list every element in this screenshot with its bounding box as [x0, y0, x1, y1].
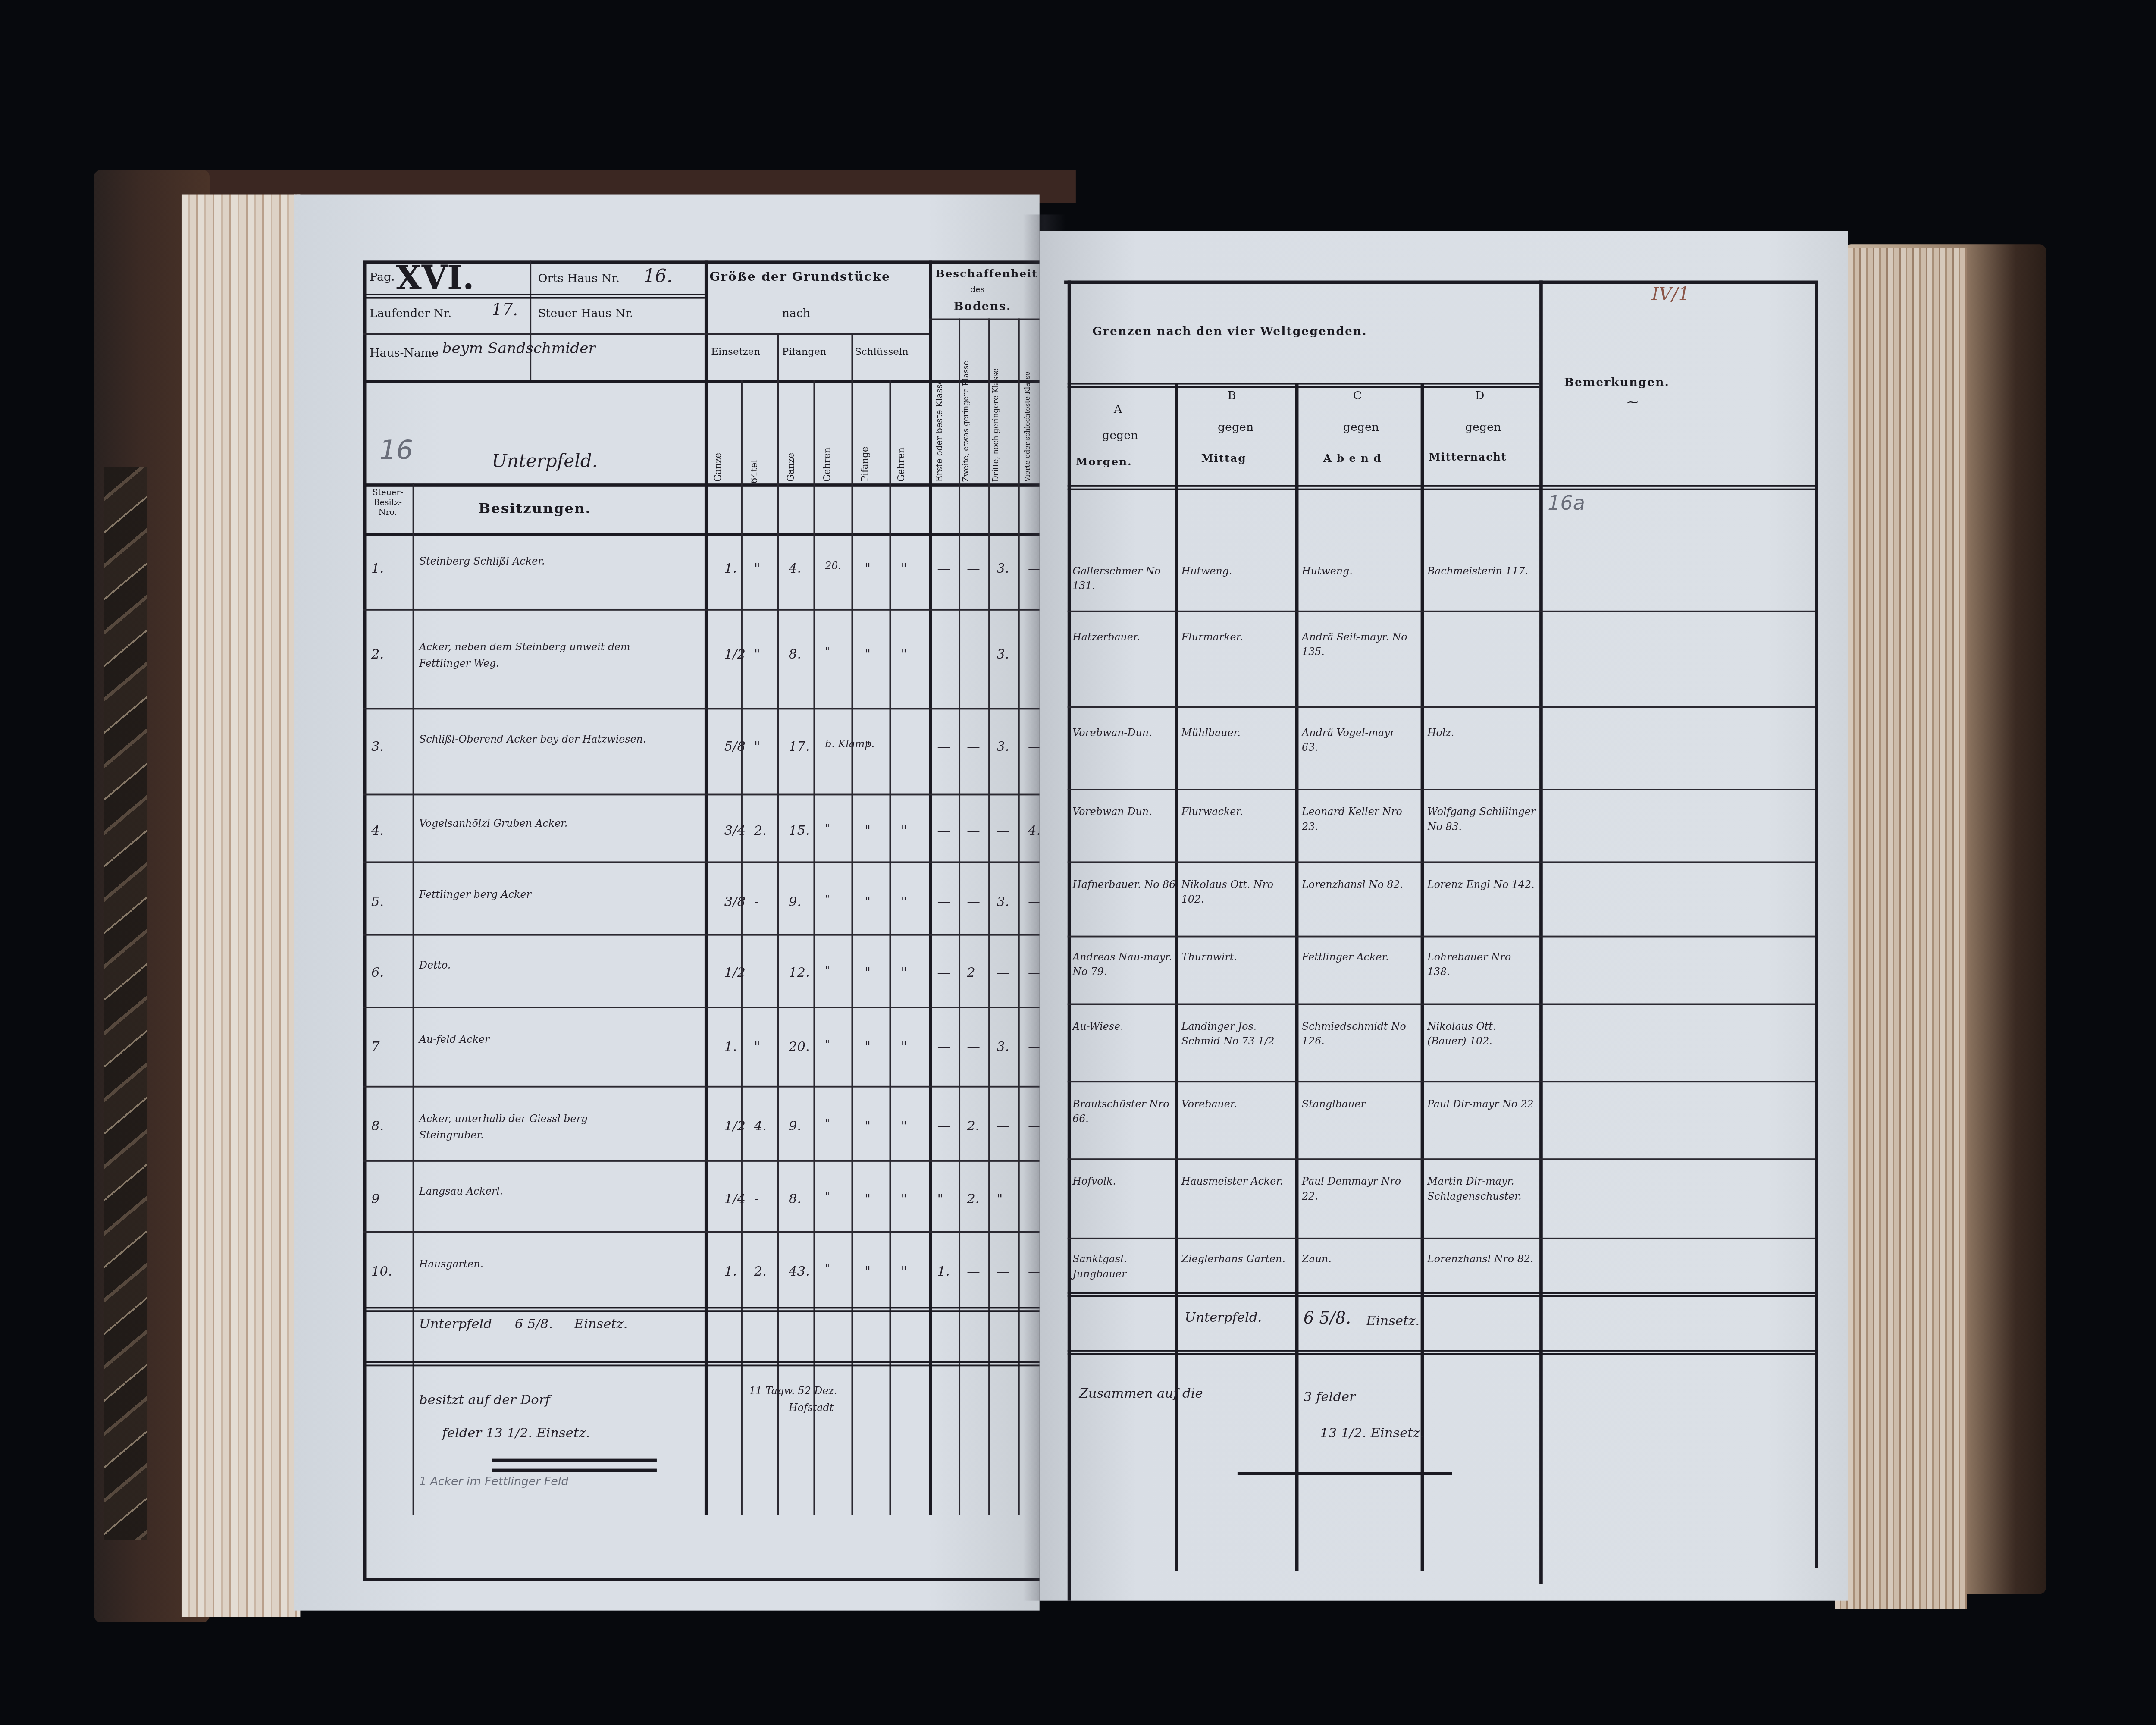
cell-ein-ganze: 3/4: [724, 823, 746, 838]
direction-D-gegen: gegen: [1465, 421, 1501, 434]
direction-D-letter: D: [1475, 389, 1485, 403]
border-d: Nikolaus Ott. (Bauer) 102.: [1427, 1020, 1536, 1050]
cell-schl-pif: ": [865, 823, 871, 838]
beschaffenheit-bodens: Bodens.: [954, 299, 1012, 314]
border-c: Paul Demmayr Nro 22.: [1302, 1175, 1411, 1204]
cell-ein-64: 2.: [754, 823, 767, 838]
klasse-1-header: Erste oder beste Klasse: [936, 327, 946, 482]
cell-ein-ganze: 1/2: [724, 647, 746, 662]
border-a: Sanktgasl. Jungbauer: [1072, 1252, 1181, 1282]
cell-pif-gehren: 20.: [825, 561, 841, 573]
cell-schl-pif: ": [865, 1192, 871, 1206]
cell-pif-gehren: ": [825, 894, 830, 906]
cell-k2: —: [967, 894, 980, 909]
cell-k3: —: [997, 1119, 1010, 1133]
border-d: Lohrebauer Nro 138.: [1427, 950, 1536, 980]
cell-k3: —: [997, 1264, 1010, 1279]
border-b: Nikolaus Ott. Nro 102.: [1181, 878, 1291, 908]
subcol-schluesseln-gehren: Gehren: [898, 426, 908, 482]
cell-nr: 10.: [371, 1264, 392, 1279]
border-c: Leonard Keller Nro 23.: [1302, 805, 1411, 835]
border-d: Holz.: [1427, 726, 1536, 741]
left-total-side-note-2: Hofstadt: [789, 1403, 834, 1414]
besitzungen-header: Besitzungen.: [479, 502, 591, 518]
left-total-line1: besitzt auf der Dorf: [419, 1393, 550, 1408]
cell-desc: Hausgarten.: [419, 1258, 650, 1274]
direction-D-name: Mitternacht: [1429, 452, 1507, 464]
right-subtotal-value: 6 5/8.: [1304, 1310, 1351, 1328]
border-b: Hutweng.: [1181, 565, 1291, 579]
cell-nr: 9: [371, 1192, 379, 1206]
cell-ein-ganze: 1.: [724, 1040, 737, 1054]
cell-schl-pif: ": [865, 647, 871, 662]
cell-schl-gehren: ": [901, 823, 907, 838]
right-subtotal-unit: Einsetz.: [1366, 1314, 1420, 1328]
cell-nr: 3.: [371, 739, 384, 754]
klasse-2-header: Zweite, etwas geringere Klasse: [964, 327, 984, 482]
cell-k3: —: [997, 823, 1010, 838]
subcol-pifangen-ganze: Ganze: [787, 426, 797, 482]
cell-pif-ganze: 43.: [789, 1264, 810, 1279]
cell-schl-pif: ": [865, 561, 871, 576]
direction-A-letter: A: [1114, 403, 1122, 416]
cell-k2: 2: [967, 966, 975, 980]
left-total-side-note-1: 11 Tagw. 52 Dez.: [749, 1386, 837, 1398]
right-subtotal-label: Unterpfeld.: [1185, 1310, 1262, 1325]
cell-ein-ganze: 1/2: [724, 966, 746, 980]
cell-ein-ganze: 3/8: [724, 894, 746, 909]
cell-schl-gehren: ": [901, 894, 907, 909]
border-c: Andrä Seit-mayr. No 135.: [1302, 630, 1411, 660]
cell-ein-64: -: [754, 894, 758, 909]
groesse-nach: nach: [782, 307, 811, 320]
cell-k3: 3.: [997, 1040, 1009, 1054]
direction-C-gegen: gegen: [1343, 421, 1379, 434]
owner-name: Unterpfeld.: [492, 451, 598, 472]
cell-ein-ganze: 1/2: [724, 1119, 746, 1133]
border-a: Hofvolk.: [1072, 1175, 1181, 1189]
cell-ein-64: 2.: [754, 1264, 767, 1279]
cell-pif-ganze: 15.: [789, 823, 810, 838]
cell-schl-pif: ": [865, 1119, 871, 1133]
pencil-number: 16: [379, 434, 413, 465]
border-d: Lorenzhansl Nro 82.: [1427, 1252, 1536, 1267]
border-b: Thurnwirt.: [1181, 950, 1291, 965]
left-pencil-note: 1 Acker im Fettlinger Feld: [419, 1475, 568, 1489]
cell-k1: —: [937, 561, 950, 576]
subcol-schluesseln-pifange: Pifange: [861, 426, 871, 482]
cell-pif-ganze: 17.: [789, 739, 810, 754]
beschaffenheit-des: des: [970, 285, 984, 295]
bemerkungen-title: Bemerkungen.: [1564, 375, 1670, 389]
cell-pif-ganze: 20.: [789, 1040, 810, 1054]
border-b: Flurwacker.: [1181, 805, 1291, 820]
border-d: Martin Dir-mayr. Schlagenschuster.: [1427, 1175, 1536, 1204]
left-subtotal-label: Unterpfeld: [419, 1317, 492, 1332]
cell-k1: 1.: [937, 1264, 950, 1279]
orts-haus-nr-label: Orts-Haus-Nr.: [538, 272, 620, 285]
cell-pif-ganze: 8.: [789, 1192, 801, 1206]
border-b: Hausmeister Acker.: [1181, 1175, 1291, 1189]
cell-k1: —: [937, 647, 950, 662]
cell-k2: —: [967, 1264, 980, 1279]
border-d: Wolfgang Schillinger No 83.: [1427, 805, 1536, 835]
cell-k2: 2.: [967, 1192, 979, 1206]
cell-pif-gehren: ": [825, 647, 830, 659]
cell-ein-ganze: 5/8: [724, 739, 746, 754]
haus-name-label: Haus-Name: [370, 347, 439, 360]
pag-label: Pag.: [370, 271, 395, 284]
cell-k2: —: [967, 739, 980, 754]
cell-nr: 2.: [371, 647, 384, 662]
cell-k1: —: [937, 894, 950, 909]
group-einsetzen: Einsetzen: [711, 347, 760, 358]
groesse-title: Größe der Grundstücke: [709, 269, 890, 284]
border-a: Andreas Nau-mayr. No 79.: [1072, 950, 1181, 980]
cell-ein-ganze: 1.: [724, 561, 737, 576]
cell-desc: Steinberg Schlißl Acker.: [419, 555, 650, 571]
stamp-number: IV/1: [1651, 284, 1689, 305]
cell-k2: —: [967, 1040, 980, 1054]
border-c: Hutweng.: [1302, 565, 1411, 579]
cell-k2: —: [967, 647, 980, 662]
cell-k3: 3.: [997, 739, 1009, 754]
border-b: Zieglerhans Garten.: [1181, 1252, 1291, 1267]
border-d: Lorenz Engl No 142.: [1427, 878, 1536, 893]
border-b: Mühlbauer.: [1181, 726, 1291, 741]
left-subtotal-value: 6 5/8.: [515, 1317, 553, 1332]
cell-desc: Vogelsanhölzl Gruben Acker.: [419, 817, 650, 833]
cell-pif-gehren: ": [825, 1040, 830, 1051]
cell-schl-pif: ": [865, 1264, 871, 1279]
cell-ein-64: ": [754, 739, 760, 754]
cell-desc: Acker, neben dem Steinberg unweit dem Fe…: [419, 640, 650, 674]
steuer-besitz-nro-header: Steuer-Besitz-Nro.: [366, 489, 409, 518]
right-total-line3: 13 1/2. Einsetz.: [1320, 1426, 1424, 1440]
cell-k1: ": [937, 1192, 943, 1206]
right-total-line2: 3 felder: [1304, 1389, 1356, 1404]
cell-desc: Au-feld Acker: [419, 1033, 650, 1049]
right-total-line1: Zusammen auf die: [1079, 1386, 1203, 1401]
cell-k1: —: [937, 739, 950, 754]
subcol-einsetzen-64tel: 64tel: [751, 434, 761, 483]
cell-schl-pif: ": [865, 739, 871, 754]
cell-ein-64: ": [754, 647, 760, 662]
beschaffenheit-title: Beschaffenheit: [936, 267, 1038, 281]
direction-C-name: Abend: [1323, 452, 1386, 465]
cell-pif-gehren: ": [825, 1192, 830, 1203]
cell-schl-pif: ": [865, 966, 871, 980]
cell-pif-ganze: 4.: [789, 561, 801, 576]
border-b: Vorebauer.: [1181, 1098, 1291, 1112]
direction-B-gegen: gegen: [1218, 421, 1253, 434]
cell-pif-gehren: ": [825, 1264, 830, 1276]
border-a: Gallerschmer No 131.: [1072, 565, 1181, 594]
cell-k1: —: [937, 1040, 950, 1054]
laufender-nr-label: Laufender Nr.: [370, 307, 451, 320]
marbled-cover: [104, 467, 147, 1540]
left-subtotal-unit: Einsetz.: [574, 1317, 628, 1332]
cell-k3: 3.: [997, 647, 1009, 662]
cell-k2: 2.: [967, 1119, 979, 1133]
cell-schl-pif: ": [865, 1040, 871, 1054]
direction-B-letter: B: [1228, 389, 1236, 403]
cell-desc: Acker, unterhalb der Giessl berg Steingr…: [419, 1112, 650, 1145]
cell-k3: ": [997, 1192, 1003, 1206]
cell-k3: 3.: [997, 561, 1009, 576]
cell-nr: 6.: [371, 966, 384, 980]
border-d: Paul Dir-mayr No 22: [1427, 1098, 1536, 1112]
right-page: IV/1 Grenzen nach den vier Weltgegenden.…: [1040, 231, 1848, 1601]
cell-pif-ganze: 8.: [789, 647, 801, 662]
direction-B-name: Mittag: [1201, 452, 1247, 465]
border-c: Stanglbauer: [1302, 1098, 1411, 1112]
group-pifangen: Pifangen: [782, 347, 827, 358]
cell-k1: —: [937, 823, 950, 838]
page-stack-left: [182, 195, 301, 1617]
cell-desc: Langsau Ackerl.: [419, 1185, 650, 1201]
cell-nr: 7: [371, 1040, 379, 1054]
group-schluesseln: Schlüsseln: [855, 347, 909, 358]
left-total-line2: felder 13 1/2. Einsetz.: [442, 1426, 590, 1440]
cell-k1: —: [937, 966, 950, 980]
cell-k3: 3.: [997, 894, 1009, 909]
border-c: Lorenzhansl No 82.: [1302, 878, 1411, 893]
laufender-nr-value: 17.: [492, 302, 518, 320]
page-stack-right: [1835, 248, 1967, 1609]
border-c: Andrä Vogel-mayr 63.: [1302, 726, 1411, 756]
cell-schl-gehren: ": [901, 1264, 907, 1279]
cell-schl-pif: ": [865, 894, 871, 909]
cell-nr: 8.: [371, 1119, 384, 1133]
border-b: Landinger Jos. Schmid No 73 1/2: [1181, 1020, 1291, 1050]
border-c: Zaun.: [1302, 1252, 1411, 1267]
border-a: Au-Wiese.: [1072, 1020, 1181, 1035]
cell-k2: —: [967, 561, 980, 576]
cell-pif-ganze: 12.: [789, 966, 810, 980]
cell-k2: —: [967, 823, 980, 838]
cell-k1: —: [937, 1119, 950, 1133]
cell-pif-gehren: ": [825, 1119, 830, 1130]
cell-schl-gehren: ": [901, 1040, 907, 1054]
subcol-einsetzen-ganze: Ganze: [714, 426, 724, 482]
bemerkungen-ornament: ⁓: [1627, 396, 1639, 409]
cell-ein-64: -: [754, 1192, 758, 1206]
left-page: Pag. XVI. Orts-Haus-Nr. 16. Laufender Nr…: [294, 195, 1040, 1611]
cell-pif-ganze: 9.: [789, 1119, 801, 1133]
cell-ein-ganze: 1/4: [724, 1192, 746, 1206]
cell-desc: Fettlinger berg Acker: [419, 888, 650, 904]
klasse-3-header: Dritte, noch geringere Klasse: [993, 327, 1013, 482]
direction-C-letter: C: [1353, 389, 1362, 403]
cell-desc: Schlißl-Oberend Acker bey der Hatzwiesen…: [419, 733, 650, 749]
border-a: Hafnerbauer. No 86.: [1072, 878, 1181, 893]
cell-schl-gehren: ": [901, 1119, 907, 1133]
cell-nr: 1.: [371, 561, 384, 576]
cell-schl-gehren: ": [901, 647, 907, 662]
cell-nr: 4.: [371, 823, 384, 838]
cell-pif-gehren: ": [825, 966, 830, 977]
cell-desc: Detto.: [419, 959, 650, 975]
border-c: Fettlinger Acker.: [1302, 950, 1411, 965]
border-a: Vorebwan-Dun.: [1072, 726, 1181, 741]
cell-ein-64: 4.: [754, 1119, 767, 1133]
haus-name-value: beym Sandschmider: [442, 342, 596, 358]
border-d: Bachmeisterin 117.: [1427, 565, 1536, 579]
cell-schl-gehren: ": [901, 1192, 907, 1206]
direction-A-name: Morgen.: [1076, 455, 1132, 469]
border-a: Vorebwan-Dun.: [1072, 805, 1181, 820]
cell-nr: 5.: [371, 894, 384, 909]
cell-schl-gehren: ": [901, 966, 907, 980]
cell-ein-64: ": [754, 1040, 760, 1054]
cell-k3: —: [997, 966, 1010, 980]
border-c: Schmiedschmidt No 126.: [1302, 1020, 1411, 1050]
orts-haus-nr-value: 16.: [643, 266, 672, 287]
steuer-haus-nr-label: Steuer-Haus-Nr.: [538, 307, 633, 320]
direction-A-gegen: gegen: [1102, 429, 1138, 442]
border-a: Hatzerbauer.: [1072, 630, 1181, 645]
border-a: Brautschüster Nro 66.: [1072, 1098, 1181, 1127]
cell-pif-ganze: 9.: [789, 894, 801, 909]
book-photo: Pag. XVI. Orts-Haus-Nr. 16. Laufender Nr…: [0, 0, 2156, 1725]
page-number: XVI.: [396, 257, 474, 297]
cell-schl-gehren: ": [901, 561, 907, 576]
subcol-pifangen-gehren: Gehren: [823, 426, 833, 482]
grenzen-title: Grenzen nach den vier Weltgegenden.: [1092, 323, 1367, 338]
pencil-ref: 16a: [1548, 492, 1585, 515]
border-b: Flurmarker.: [1181, 630, 1291, 645]
cell-pif-gehren: ": [825, 823, 830, 835]
cell-ein-64: ": [754, 561, 760, 576]
cell-ein-ganze: 1.: [724, 1264, 737, 1279]
